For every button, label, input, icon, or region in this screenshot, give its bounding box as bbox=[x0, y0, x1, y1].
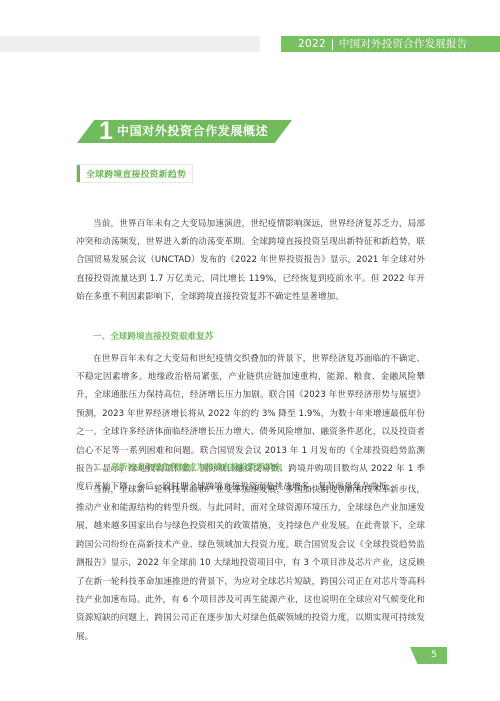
chapter-title: 中国对外投资合作发展概述 bbox=[117, 123, 268, 139]
subsection-accent-bar bbox=[77, 165, 80, 182]
subsection-title: 全球跨境直接投资新趋势 bbox=[86, 167, 186, 180]
header-divider bbox=[332, 39, 333, 50]
chapter-number: 1 bbox=[99, 117, 113, 145]
header-report-bar: 2022 中国对外投资合作发展报告 bbox=[281, 36, 500, 52]
subsection-label: 全球跨境直接投资新趋势 bbox=[76, 164, 193, 183]
header-report-title: 中国对外投资合作发展报告 bbox=[339, 36, 467, 52]
section-1-paragraph: 在世界百年未有之大变局和世纪疫情交织叠加的背景下，世界经济复苏面临的不确定、不稳… bbox=[76, 350, 425, 497]
intro-paragraph: 当前，世界百年未有之大变局加速演进，世纪疫情影响深远，世界经济复苏乏力，局部冲突… bbox=[76, 215, 425, 307]
section-heading-2: 二、高新技术和绿色领域成为跨境直接投资新风向 bbox=[93, 462, 282, 474]
header-year: 2022 bbox=[298, 36, 326, 52]
section-2-paragraph: 当前，全球新一轮科技革命和产业变革加速发展，多国加快制度创新和技术革新步伐，推动… bbox=[76, 481, 425, 647]
header-gray-bar bbox=[0, 36, 260, 52]
section-heading-1: 一、全球跨境直接投资艰难复苏 bbox=[93, 331, 213, 343]
page-number: 5 bbox=[426, 647, 442, 664]
